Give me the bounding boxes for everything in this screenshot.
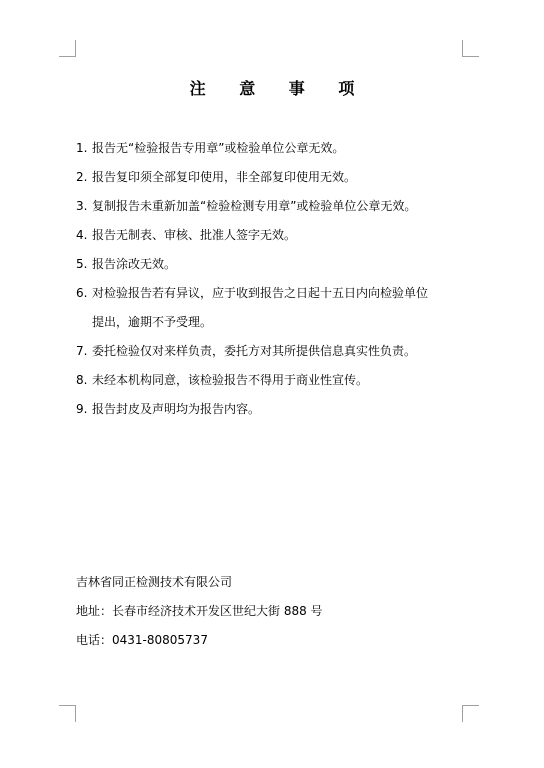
notice-item: 6.对检验报告若有异议，应于收到报告之日起十五日内向检验单位 [76,279,428,308]
page-corner-mark-top-left [59,40,76,57]
notice-number: 4. [76,221,92,250]
notice-number: 6. [76,279,92,308]
notice-number: 7. [76,337,92,366]
notice-number: 8. [76,366,92,395]
page-title: 注 意 事 项 [0,76,544,99]
notice-number: 2. [76,163,92,192]
company-phone: 电话：0431-80805737 [76,626,323,655]
notice-text: 对检验报告若有异议，应于收到报告之日起十五日内向检验单位 [92,286,428,300]
notice-text: 报告封皮及声明均为报告内容。 [92,402,260,416]
notice-item: 1.报告无“检验报告专用章”或检验单位公章无效。 [76,134,428,163]
company-name: 吉林省同正检测技术有限公司 [76,568,323,597]
company-address: 地址：长春市经济技术开发区世纪大街 888 号 [76,597,323,626]
title-char: 项 [338,76,354,99]
notice-number: 1. [76,134,92,163]
notice-item-continuation: 提出，逾期不予受理。 [76,308,428,337]
notice-text: 报告无“检验报告专用章”或检验单位公章无效。 [92,141,344,155]
notice-text: 未经本机构同意，该检验报告不得用于商业性宣传。 [92,373,368,387]
page-corner-mark-bottom-left [59,705,76,722]
notice-text: 委托检验仅对来样负责，委托方对其所提供信息真实性负责。 [92,344,416,358]
notice-item: 9.报告封皮及声明均为报告内容。 [76,395,428,424]
notice-item: 3.复制报告未重新加盖“检验检测专用章”或检验单位公章无效。 [76,192,428,221]
notice-number: 3. [76,192,92,221]
notice-item: 7.委托检验仅对来样负责，委托方对其所提供信息真实性负责。 [76,337,428,366]
notice-item: 4.报告无制表、审核、批准人签字无效。 [76,221,428,250]
notice-list: 1.报告无“检验报告专用章”或检验单位公章无效。 2.报告复印须全部复印使用，非… [76,134,428,424]
page-corner-mark-top-right [462,40,479,57]
notice-item: 2.报告复印须全部复印使用，非全部复印使用无效。 [76,163,428,192]
page-corner-mark-bottom-right [462,705,479,722]
company-info: 吉林省同正检测技术有限公司 地址：长春市经济技术开发区世纪大街 888 号 电话… [76,568,323,655]
title-char: 意 [239,76,255,99]
title-char: 注 [190,76,206,99]
notice-text: 报告无制表、审核、批准人签字无效。 [92,228,296,242]
notice-text: 报告复印须全部复印使用，非全部复印使用无效。 [92,170,356,184]
notice-text: 报告涂改无效。 [92,257,176,271]
notice-number: 9. [76,395,92,424]
title-char: 事 [289,76,305,99]
notice-item: 8.未经本机构同意，该检验报告不得用于商业性宣传。 [76,366,428,395]
notice-text: 复制报告未重新加盖“检验检测专用章”或检验单位公章无效。 [92,199,416,213]
notice-number: 5. [76,250,92,279]
notice-item: 5.报告涂改无效。 [76,250,428,279]
